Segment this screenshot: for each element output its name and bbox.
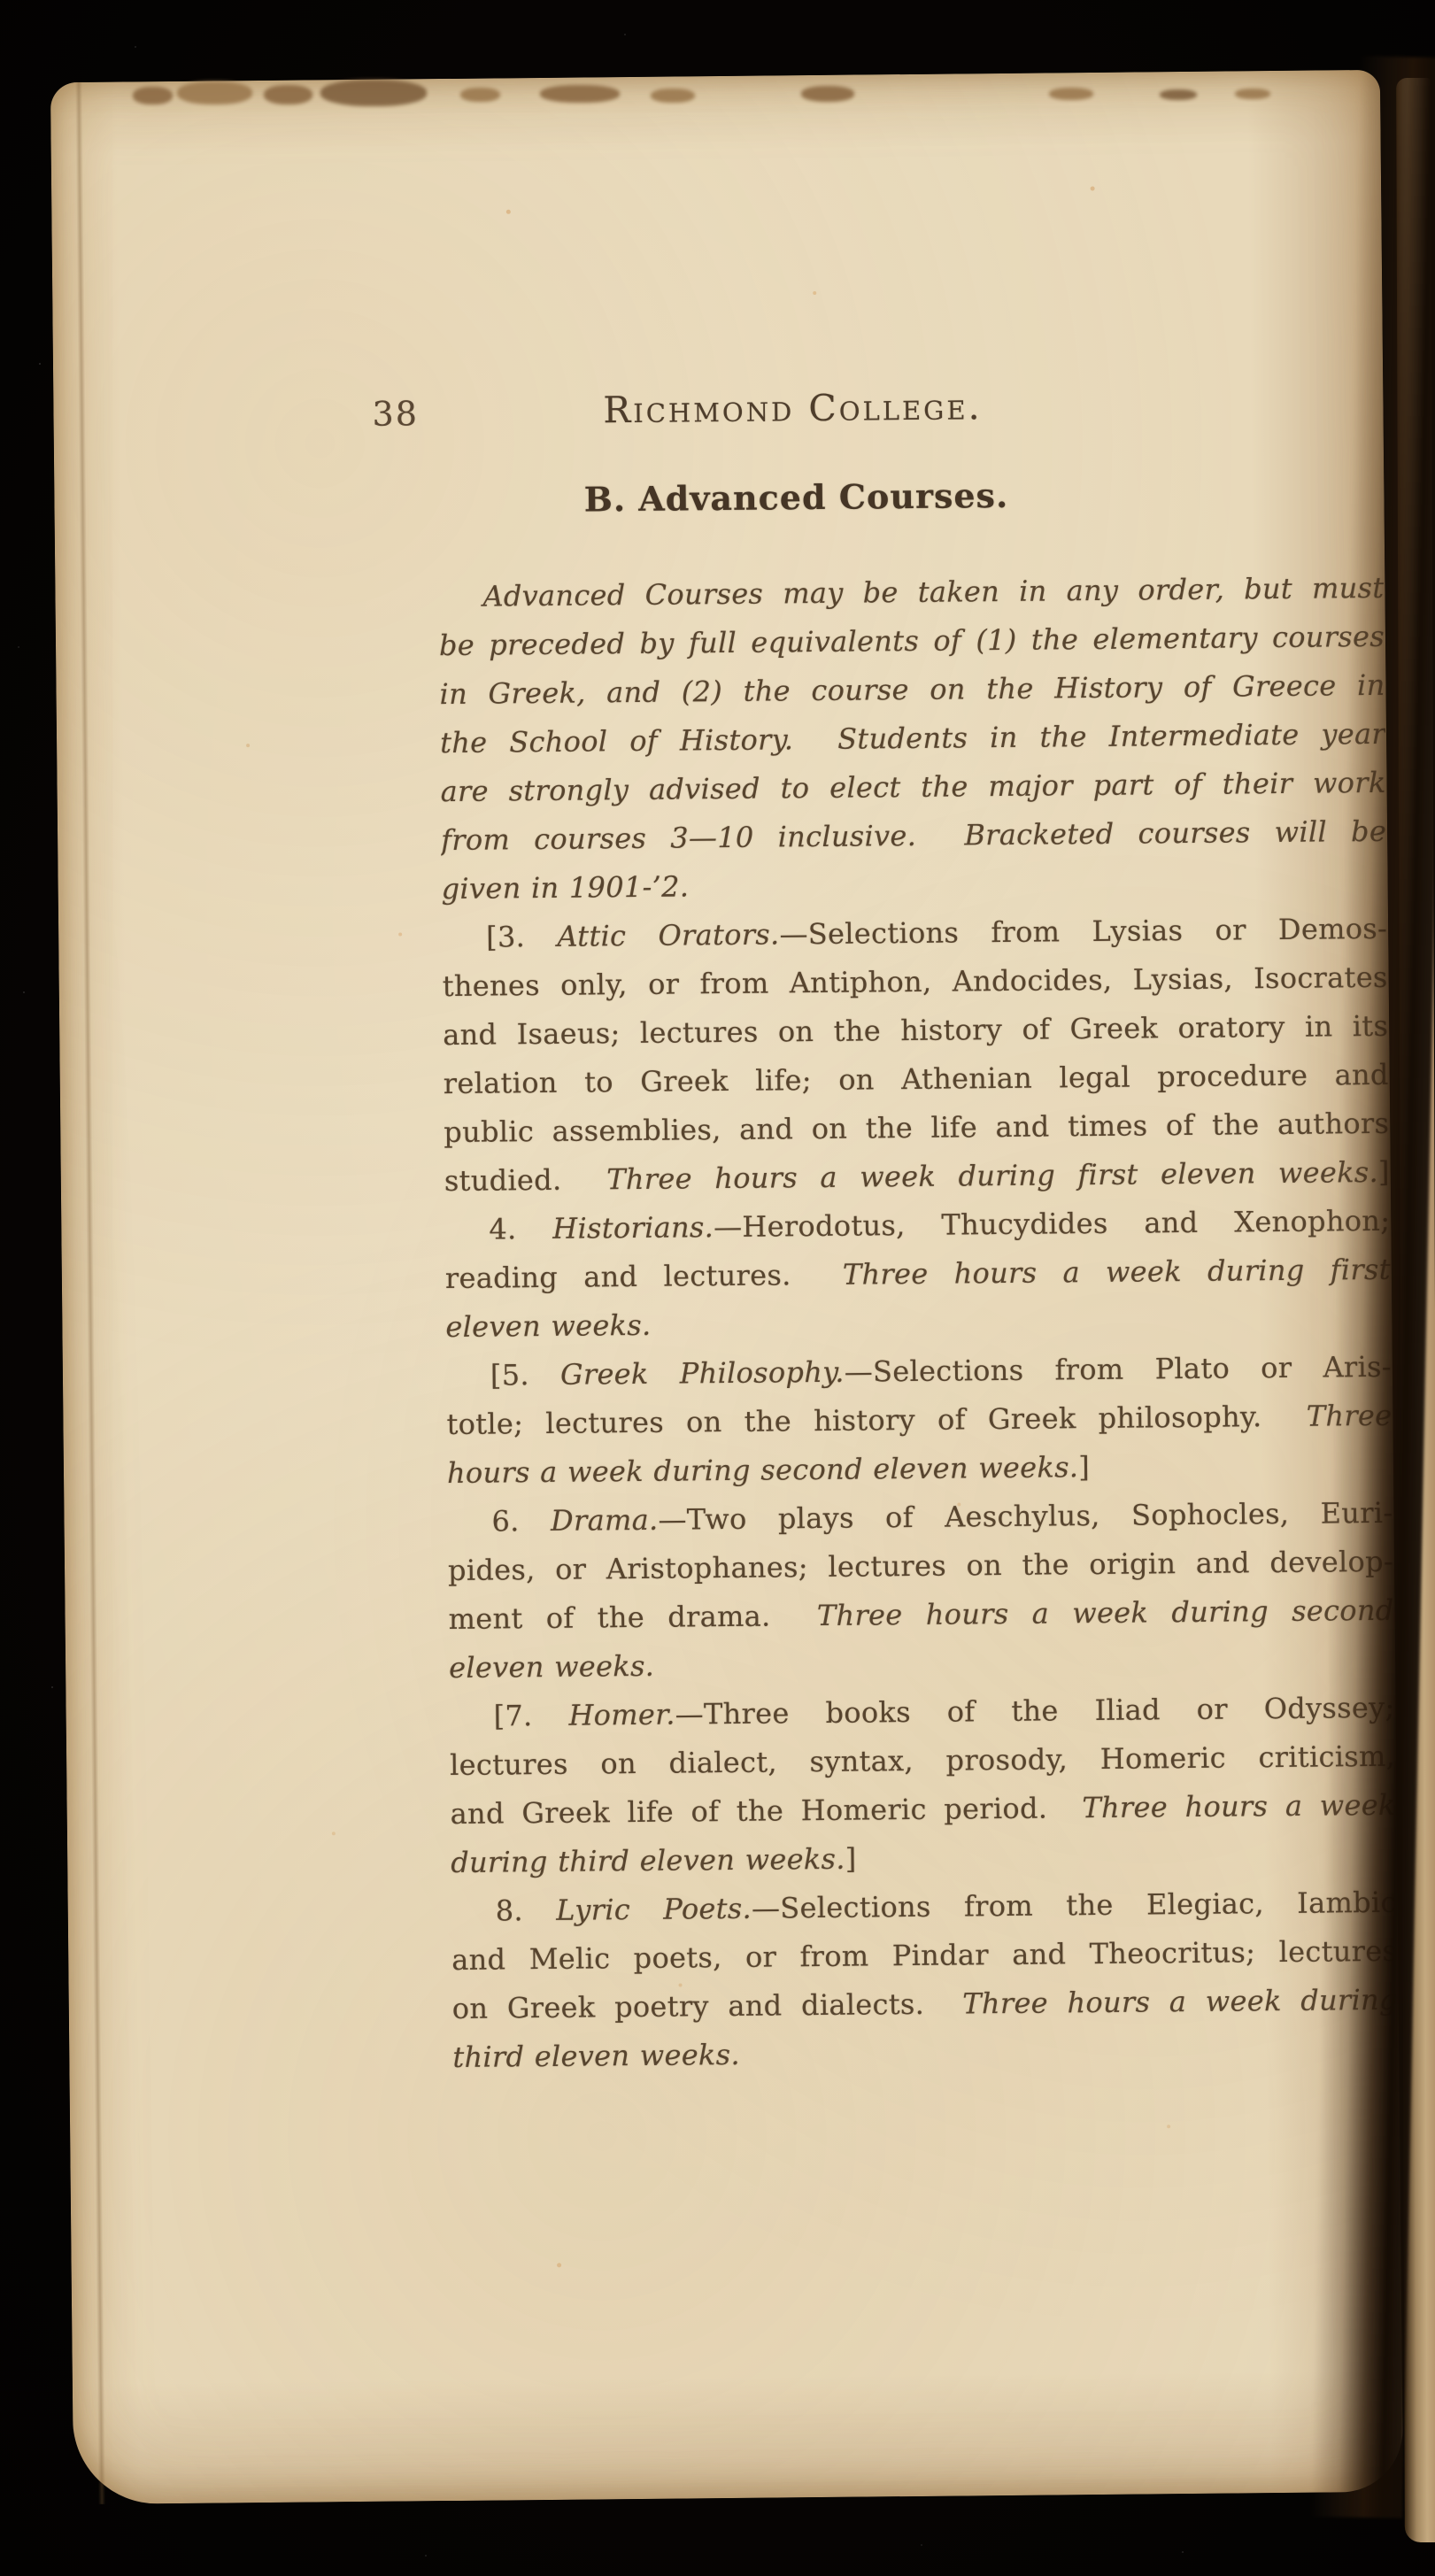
text-segment: pides, or Aristophanes; lectures on the … [448,1545,1393,1587]
text-segment: and Isaeus; lectures on the history of G… [443,1009,1388,1052]
text-segment: [3. [486,920,558,954]
text-segment: public assemblies, and on the life and t… [444,1107,1389,1149]
text-line: 6. Drama.—Two plays of Aeschylus, Sophoc… [447,1489,1393,1546]
text-segment: ment of the drama. [448,1599,817,1636]
torn-paper-fragment [460,88,500,102]
text-segment: Advanced Courses may be taken in any ord… [482,571,1384,613]
text-line: Advanced Courses may be taken in any ord… [438,564,1384,621]
text-segment: Historians. [552,1210,714,1246]
text-segment: studied. [444,1162,607,1198]
torn-paper-fragment [177,81,252,104]
text-segment: totle; lectures on the history of Greek … [446,1400,1307,1441]
text-segment: are strongly advised to elect the major … [440,766,1385,808]
text-segment: from courses 3—10 inclusive. Bracketed c… [441,814,1386,857]
text-block: Advanced Courses may be taken in any ord… [438,564,1398,2082]
torn-paper-fragment [801,86,854,102]
text-segment: Greek Philosophy. [560,1355,845,1392]
text-segment: in Greek, and (2) the course on the Hist… [439,668,1385,711]
text-line: and Greek life of the Homeric period. Th… [450,1781,1395,1839]
text-line: eleven weeks. [445,1294,1391,1352]
text-line: and Isaeus; lectures on the history of G… [443,1002,1388,1060]
text-segment: Three hours a week during second [817,1593,1394,1632]
text-line: public assemblies, and on the life and t… [444,1099,1389,1157]
text-segment: Three hours a week [1082,1788,1396,1824]
dust-specks [0,0,2,2]
text-line: [3. Attic Orators.—Selections from Lysia… [442,905,1387,962]
paper-stain-specks [50,82,52,84]
text-segment: Three hours a week during first [843,1253,1391,1292]
text-segment: thenes only, or from Antiphon, Andocides… [443,960,1388,1003]
text-segment: Homer. [568,1698,675,1732]
page-number: 38 [372,394,419,434]
text-segment: eleven weeks. [449,1649,654,1685]
text-line: lectures on dialect, syntax, prosody, Ho… [450,1732,1395,1790]
torn-paper-fragment [1049,88,1093,100]
torn-paper-fragment [651,89,695,103]
torn-paper-fragment [1160,89,1197,100]
text-segment: 8. [496,1893,557,1928]
text-line: on Greek poetry and dialects. Three hour… [452,1976,1398,2033]
text-segment: ] [845,1842,857,1876]
text-segment: —Three books of the Iliad or Odyssey; [675,1691,1395,1731]
text-segment: —Selections from the Elegiac, Iambic [752,1886,1397,1925]
torn-paper-fragment [133,87,173,104]
text-segment: —Selections from Lysias or Demos- [779,912,1387,952]
text-segment: ] [1378,1155,1390,1189]
text-line: studied. Three hours a week during first… [444,1148,1390,1206]
text-segment: Attic Orators. [557,917,780,953]
text-segment: Drama. [551,1503,659,1538]
text-line: pides, or Aristophanes; lectures on the … [448,1538,1393,1595]
text-segment: lectures on dialect, syntax, prosody, Ho… [450,1739,1395,1782]
text-segment: [7. [493,1699,568,1733]
text-line: ment of the drama. Three hours a week du… [448,1586,1393,1644]
next-page-edge [1396,78,1435,2542]
text-line: hours a week during second eleven weeks.… [447,1440,1393,1498]
book-page: 38 Richmond College. B. Advanced Courses… [50,70,1403,2504]
text-segment: [5. [490,1358,560,1392]
text-segment: and Melic poets, or from Pindar and Theo… [451,1934,1397,1977]
text-line: [7. Homer.—Three books of the Iliad or O… [449,1684,1394,1741]
text-segment: Three hours a week during first eleven w… [606,1155,1378,1196]
text-line: relation to Greek life; on Athenian lega… [444,1051,1389,1108]
text-segment: hours a week during second eleven weeks. [447,1450,1079,1490]
text-segment: reading and lectures. [445,1258,843,1295]
text-segment: —Two plays of Aeschylus, Sophocles, Euri… [658,1496,1393,1537]
text-segment: 6. [491,1504,551,1539]
text-line: eleven weeks. [449,1635,1394,1693]
text-line: in Greek, and (2) the course on the Hist… [439,661,1385,719]
torn-paper-fragment [264,85,312,104]
text-line: given in 1901-’2. [441,856,1386,914]
text-line: be preceded by full equivalents of (1) t… [439,613,1385,670]
text-line: are strongly advised to elect the major … [440,759,1385,816]
text-segment: relation to Greek life; on Athenian lega… [444,1058,1389,1100]
text-segment: Lyric Poets. [556,1892,752,1927]
section-title: B. Advanced Courses. [583,475,1008,520]
text-segment: ] [1078,1450,1090,1484]
text-segment: on Greek poetry and dialects. [452,1986,963,2025]
text-line: 4. Historians.—Herodotus, Thucydides and… [444,1197,1390,1254]
text-line: during third eleven weeks.] [451,1830,1396,1887]
text-segment: and Greek life of the Homeric period. [451,1791,1083,1831]
text-segment: third eleven weeks. [452,2038,740,2074]
text-line: the School of History. Students in the I… [440,710,1385,767]
text-segment: 4. [489,1212,552,1246]
text-line: and Melic poets, or from Pindar and Theo… [451,1927,1397,1985]
scan-background: { "colors": { "paper": "#e8d9ba", "ink":… [0,0,1435,2576]
text-line: 8. Lyric Poets.—Selections from the Eleg… [451,1878,1396,1936]
text-segment: —Herodotus, Thucydides and Xenophon; [714,1204,1391,1244]
text-line: third eleven weeks. [452,2025,1398,2082]
text-segment: be preceded by full equivalents of (1) t… [439,620,1385,662]
text-segment: Three [1307,1399,1393,1433]
left-edge-crease [75,82,105,2504]
text-segment: given in 1901-’2. [441,869,689,906]
text-line: reading and lectures. Three hours a week… [445,1246,1391,1303]
text-segment: Three hours a week during [962,1983,1398,2021]
text-line: from courses 3—10 inclusive. Bracketed c… [441,807,1386,865]
text-segment: eleven weeks. [445,1308,651,1344]
text-line: [5. Greek Philosophy.—Selections from Pl… [446,1343,1392,1400]
torn-paper-fragment [320,80,427,106]
text-segment: —Selections from Plato or Aris- [845,1350,1393,1389]
text-line: thenes only, or from Antiphon, Andocides… [442,953,1387,1011]
torn-paper-fragment [1235,89,1270,99]
text-segment: during third eleven weeks. [451,1842,845,1879]
text-segment: the School of History. Students in the I… [440,717,1385,760]
running-header: Richmond College. [603,385,983,431]
torn-paper-fragment [540,85,620,103]
text-line: totle; lectures on the history of Greek … [446,1392,1392,1449]
